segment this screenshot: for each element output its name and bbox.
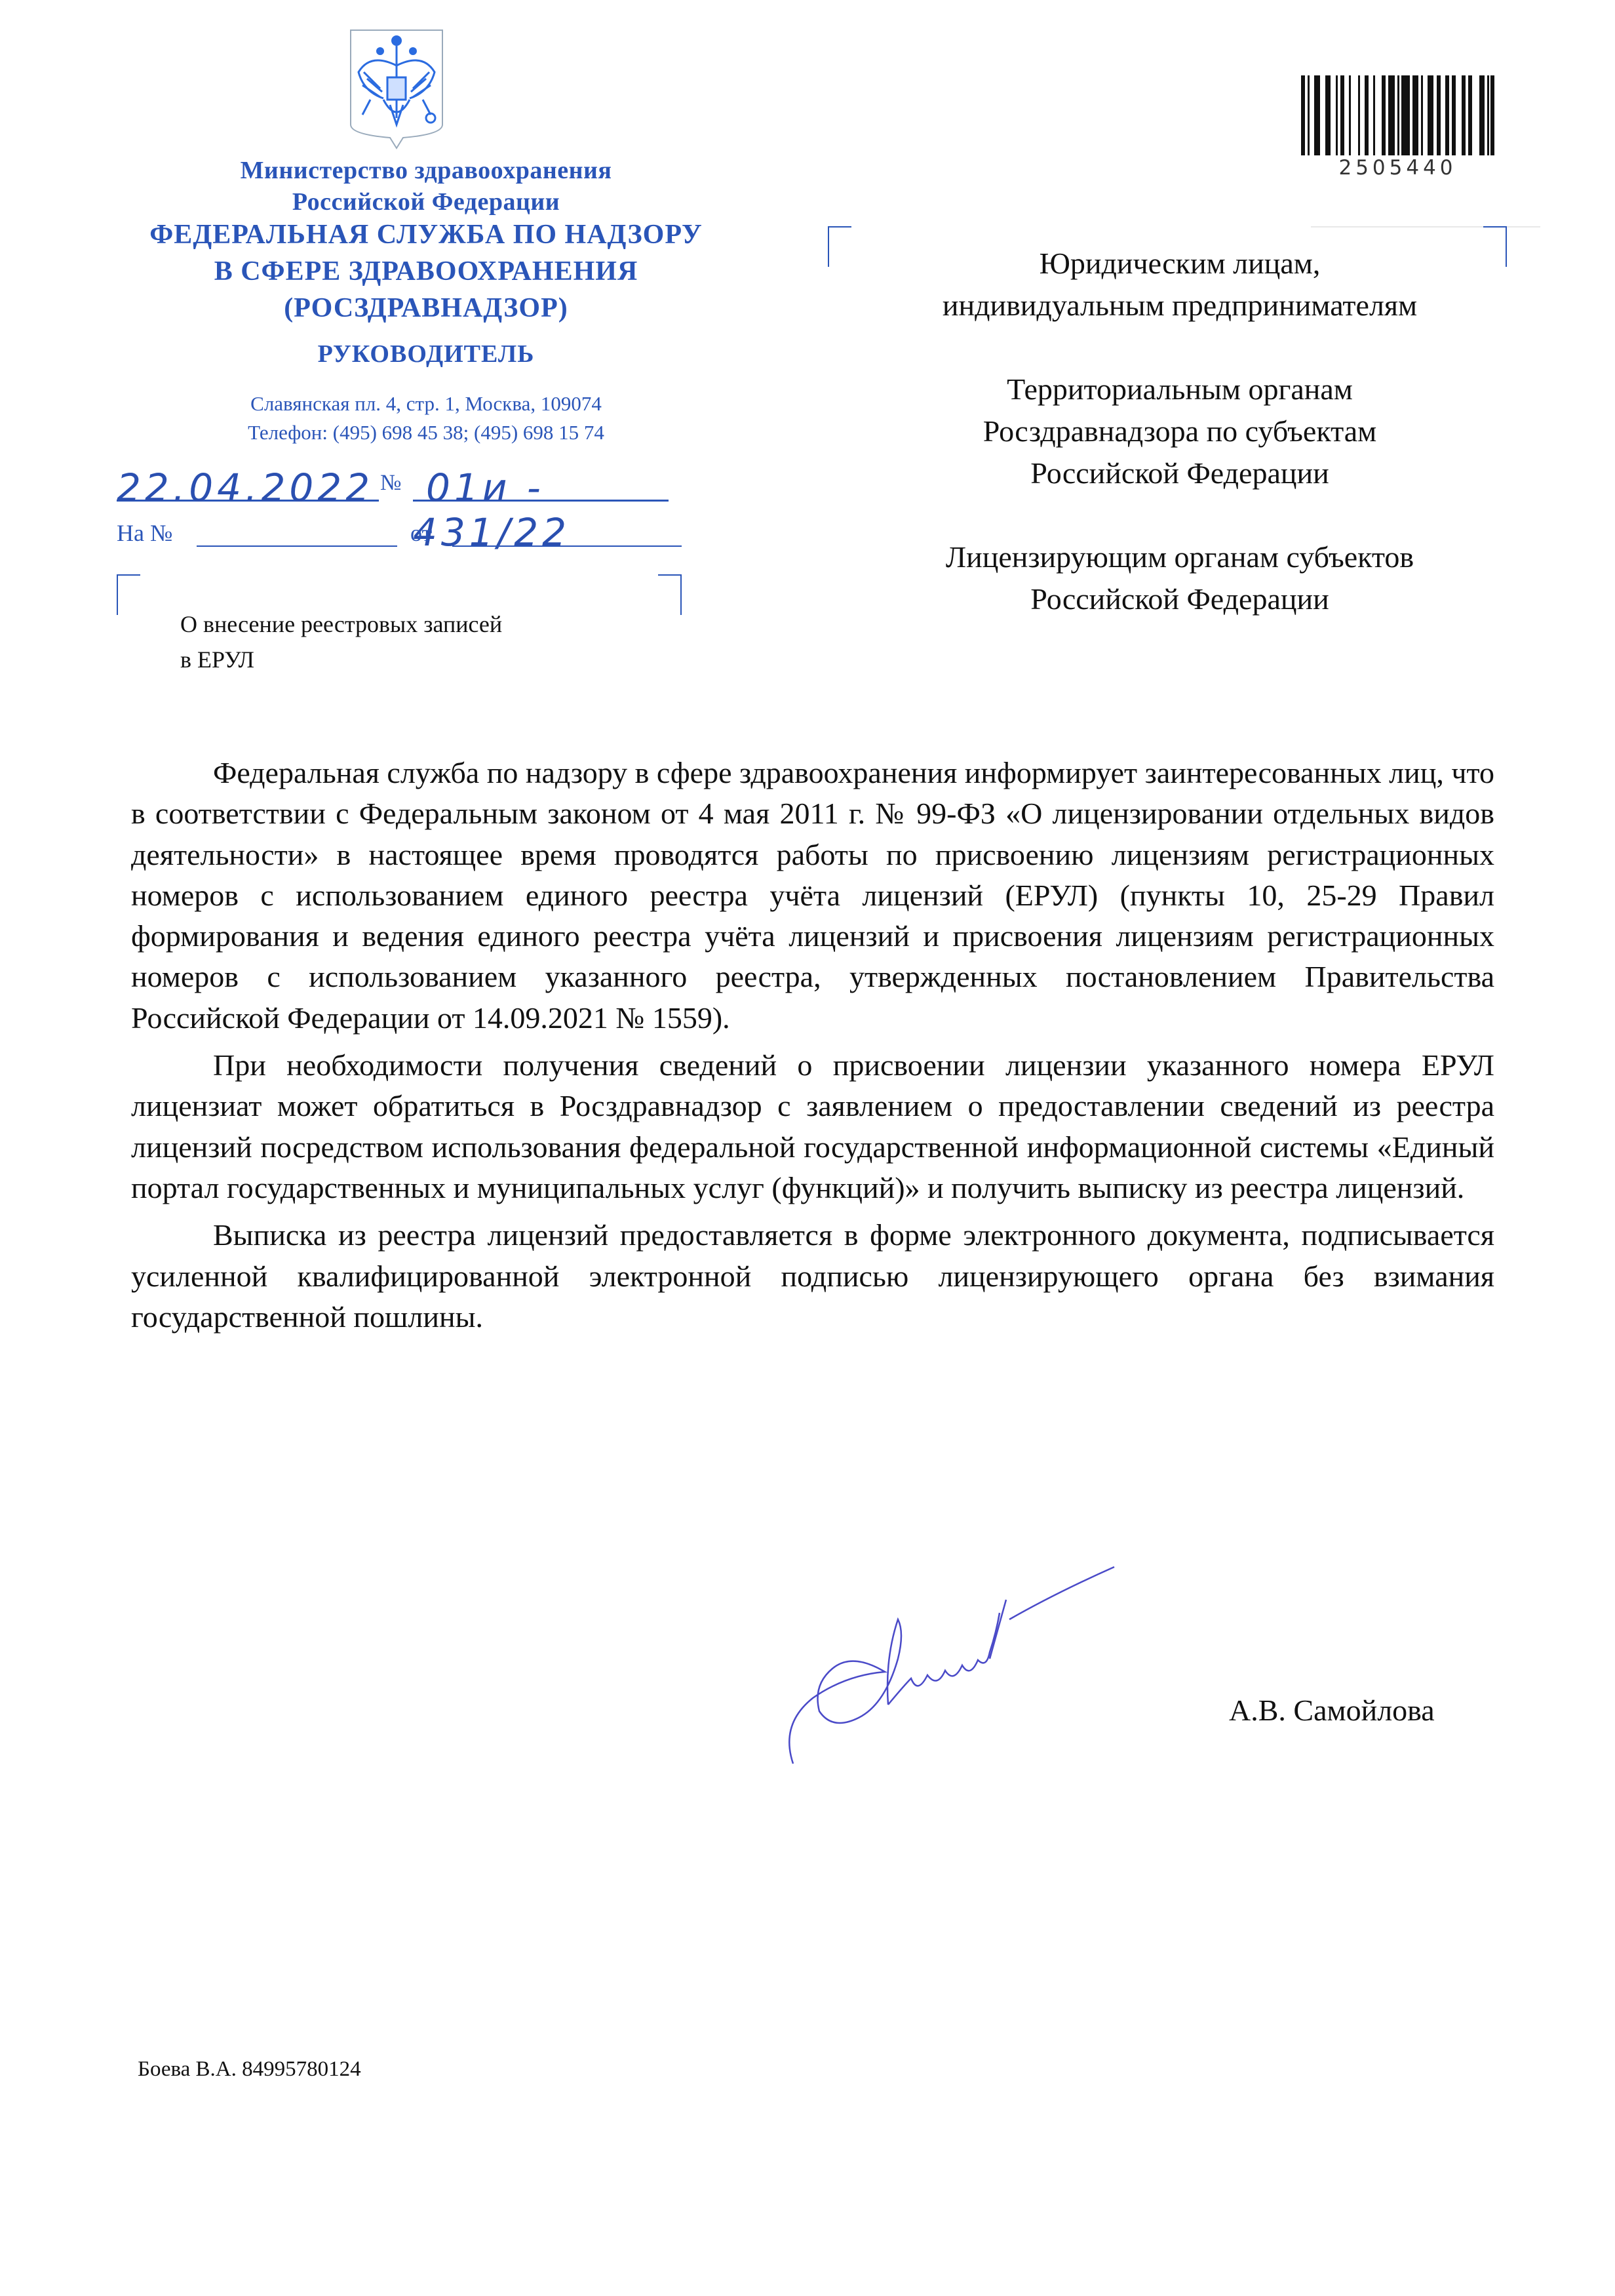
barcode-number: 2505440: [1301, 156, 1494, 180]
reply-number-blank: [197, 545, 397, 547]
body-paragraph: При необходимости получения сведений о п…: [131, 1045, 1494, 1208]
russian-coat-of-arms-icon: [344, 26, 449, 151]
recipients-block: Юридическим лицам, индивидуальным предпр…: [852, 243, 1508, 662]
subject-bracket-left: [117, 574, 140, 615]
body-paragraph: Выписка из реестра лицензий предоставляе…: [131, 1215, 1494, 1337]
handwritten-signature-icon: [773, 1554, 1272, 1770]
signer-name: А.В. Самойлова: [1229, 1693, 1435, 1728]
contact-block: Славянская пл. 4, стр. 1, Москва, 109074…: [98, 389, 754, 447]
signature: [773, 1554, 1272, 1770]
service-name: ФЕДЕРАЛЬНАЯ СЛУЖБА ПО НАДЗОРУ В СФЕРЕ ЗД…: [98, 216, 754, 327]
body-paragraph: Федеральная служба по надзору в сфере зд…: [131, 753, 1494, 1039]
reply-date-blank: [452, 545, 682, 547]
ministry-name: Министерство здравоохранения Российской …: [98, 155, 754, 218]
number-sign: №: [380, 471, 401, 496]
recipient-group: Территориальным органам Росздравнадзора …: [852, 368, 1508, 494]
subject-line: О внесение реестровых записей в ЕРУЛ: [180, 606, 502, 677]
registration-number-field: 01и - 431/22: [413, 465, 669, 502]
phone: Телефон: (495) 698 45 38; (495) 698 15 7…: [98, 418, 754, 447]
registration-date-field: 22.04.2022: [117, 465, 379, 502]
registration-number: 01и - 431/22: [413, 465, 570, 555]
reply-from-label: от: [410, 519, 432, 547]
letter-body: Федеральная служба по надзору в сфере зд…: [131, 753, 1494, 1344]
recipient-group: Юридическим лицам, индивидуальным предпр…: [852, 243, 1508, 327]
subject-bracket-right: [658, 574, 682, 615]
recipient-group: Лицензирующим органам субъектов Российск…: [852, 536, 1508, 620]
barcode-icon: [1301, 75, 1494, 155]
barcode: [1301, 75, 1494, 155]
address: Славянская пл. 4, стр. 1, Москва, 109074: [98, 389, 754, 418]
position-title: РУКОВОДИТЕЛЬ: [98, 340, 754, 368]
reply-number-label: На №: [117, 519, 172, 547]
executor-contact: Боева В.А. 84995780124: [138, 2057, 361, 2082]
registration-date: 22.04.2022: [117, 465, 374, 510]
coat-of-arms-emblem: [344, 26, 449, 151]
recipient-bracket-left: [828, 226, 851, 267]
